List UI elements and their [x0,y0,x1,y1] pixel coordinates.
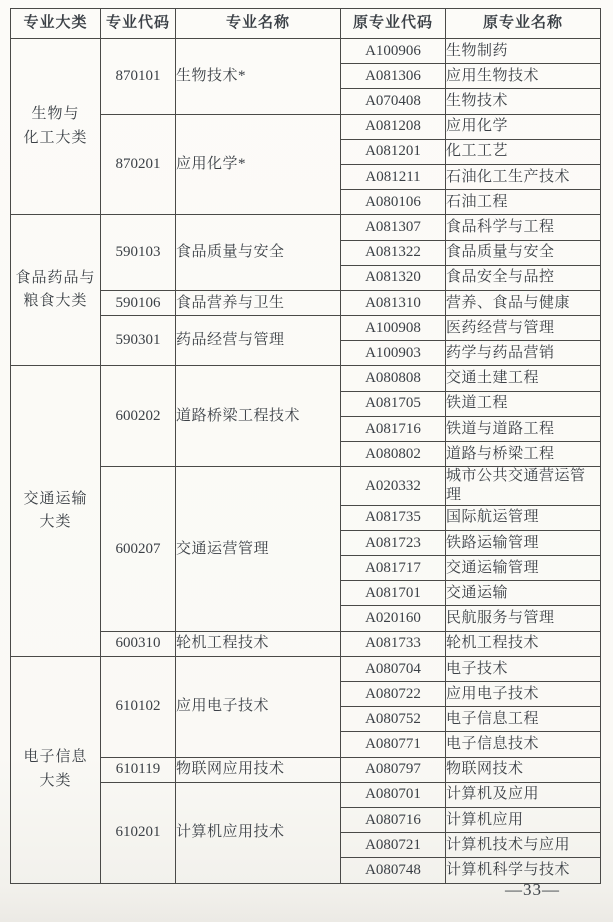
old-name-cell: 城市公共交通营运管理 [446,467,601,506]
old-code-cell: A080721 [341,833,446,858]
header-row: 专业大类 专业代码 专业名称 原专业代码 原专业名称 [11,9,601,39]
old-code-cell: A081201 [341,139,446,164]
old-code-cell: A100906 [341,39,446,64]
category-line: 交通运输 [11,488,100,511]
old-name-cell: 电子信息技术 [446,732,601,757]
category-line: 化工大类 [11,127,100,150]
old-code-cell: A100903 [341,341,446,366]
category-line: 食品药品与 [11,267,100,290]
old-code-cell: A020160 [341,606,446,631]
old-code-cell: A080716 [341,807,446,832]
major-mapping-table: 专业大类 专业代码 专业名称 原专业代码 原专业名称 生物与化工大类870101… [10,8,601,884]
major-code-cell: 610102 [101,656,176,757]
old-name-cell: 交通运输 [446,581,601,606]
major-name-cell: 食品营养与卫生 [176,290,341,315]
old-code-cell: A080701 [341,782,446,807]
major-code-cell: 590103 [101,215,176,291]
header-old-name: 原专业名称 [446,9,601,39]
old-code-cell: A020332 [341,467,446,506]
major-name-cell: 轮机工程技术 [176,631,341,656]
major-name-cell: 道路桥梁工程技术 [176,366,341,467]
old-name-cell: 民航服务与管理 [446,606,601,631]
old-name-cell: 生物技术 [446,89,601,114]
old-name-cell: 电子信息工程 [446,707,601,732]
old-code-cell: A081717 [341,556,446,581]
major-name-cell: 食品质量与安全 [176,215,341,291]
old-name-cell: 应用化学 [446,114,601,139]
table-row: 电子信息大类610102应用电子技术A080704电子技术 [11,656,601,681]
category-cell: 交通运输大类 [11,366,101,656]
old-code-cell: A081733 [341,631,446,656]
category-line: 电子信息 [11,746,100,769]
table-row: 食品药品与粮食大类590103食品质量与安全A081307食品科学与工程 [11,215,601,240]
major-name-cell: 应用化学* [176,114,341,215]
old-name-cell: 国际航运管理 [446,505,601,530]
header-old-code: 原专业代码 [341,9,446,39]
old-name-cell: 铁路运输管理 [446,530,601,555]
old-code-cell: A100908 [341,316,446,341]
old-code-cell: A080106 [341,190,446,215]
major-name-cell: 交通运营管理 [176,467,341,631]
major-name-cell: 应用电子技术 [176,656,341,757]
old-code-cell: A081716 [341,416,446,441]
old-code-cell: A081208 [341,114,446,139]
old-name-cell: 计算机技术与应用 [446,833,601,858]
page-number: —33— [505,880,560,900]
old-name-cell: 铁道与道路工程 [446,416,601,441]
category-cell: 食品药品与粮食大类 [11,215,101,366]
major-code-cell: 870101 [101,39,176,115]
major-name-cell: 计算机应用技术 [176,782,341,883]
old-name-cell: 医药经营与管理 [446,316,601,341]
major-code-cell: 610119 [101,757,176,782]
old-code-cell: A081310 [341,290,446,315]
category-cell: 电子信息大类 [11,656,101,883]
header-category: 专业大类 [11,9,101,39]
old-name-cell: 石油工程 [446,190,601,215]
old-code-cell: A080808 [341,366,446,391]
major-code-cell: 610201 [101,782,176,883]
old-name-cell: 计算机及应用 [446,782,601,807]
header-major-name: 专业名称 [176,9,341,39]
major-code-cell: 600202 [101,366,176,467]
header-major-code: 专业代码 [101,9,176,39]
old-name-cell: 轮机工程技术 [446,631,601,656]
old-code-cell: A080797 [341,757,446,782]
category-line: 大类 [11,770,100,793]
major-code-cell: 590301 [101,316,176,366]
old-name-cell: 应用电子技术 [446,682,601,707]
category-line: 生物与 [11,103,100,126]
old-code-cell: A081701 [341,581,446,606]
old-name-cell: 化工工艺 [446,139,601,164]
old-code-cell: A070408 [341,89,446,114]
old-name-cell: 电子技术 [446,656,601,681]
major-name-cell: 生物技术* [176,39,341,115]
old-name-cell: 铁道工程 [446,391,601,416]
major-name-cell: 药品经营与管理 [176,316,341,366]
old-name-cell: 药学与药品营销 [446,341,601,366]
category-line: 大类 [11,511,100,534]
table-body: 生物与化工大类870101生物技术*A100906生物制药A081306应用生物… [11,39,601,884]
old-code-cell: A081306 [341,64,446,89]
major-code-cell: 600310 [101,631,176,656]
document-page: 专业大类 专业代码 专业名称 原专业代码 原专业名称 生物与化工大类870101… [0,0,613,922]
old-name-cell: 营养、食品与健康 [446,290,601,315]
old-name-cell: 物联网技术 [446,757,601,782]
old-code-cell: A080704 [341,656,446,681]
old-code-cell: A080771 [341,732,446,757]
major-code-cell: 870201 [101,114,176,215]
old-code-cell: A081307 [341,215,446,240]
old-code-cell: A080752 [341,707,446,732]
old-code-cell: A081322 [341,240,446,265]
old-name-cell: 食品安全与品控 [446,265,601,290]
old-name-cell: 应用生物技术 [446,64,601,89]
table-row: 交通运输大类600202道路桥梁工程技术A080808交通土建工程 [11,366,601,391]
category-cell: 生物与化工大类 [11,39,101,215]
table-row: 生物与化工大类870101生物技术*A100906生物制药 [11,39,601,64]
old-name-cell: 食品科学与工程 [446,215,601,240]
major-code-cell: 590106 [101,290,176,315]
old-name-cell: 交通运输管理 [446,556,601,581]
old-name-cell: 交通土建工程 [446,366,601,391]
old-code-cell: A080748 [341,858,446,883]
old-code-cell: A081705 [341,391,446,416]
major-name-cell: 物联网应用技术 [176,757,341,782]
old-code-cell: A081320 [341,265,446,290]
old-name-cell: 道路与桥梁工程 [446,442,601,467]
old-code-cell: A081723 [341,530,446,555]
old-name-cell: 食品质量与安全 [446,240,601,265]
old-code-cell: A081735 [341,505,446,530]
old-name-cell: 石油化工生产技术 [446,164,601,189]
old-code-cell: A081211 [341,164,446,189]
old-code-cell: A080802 [341,442,446,467]
old-name-cell: 计算机应用 [446,807,601,832]
old-name-cell: 生物制药 [446,39,601,64]
major-code-cell: 600207 [101,467,176,631]
category-line: 粮食大类 [11,290,100,313]
table-header: 专业大类 专业代码 专业名称 原专业代码 原专业名称 [11,9,601,39]
old-code-cell: A080722 [341,682,446,707]
